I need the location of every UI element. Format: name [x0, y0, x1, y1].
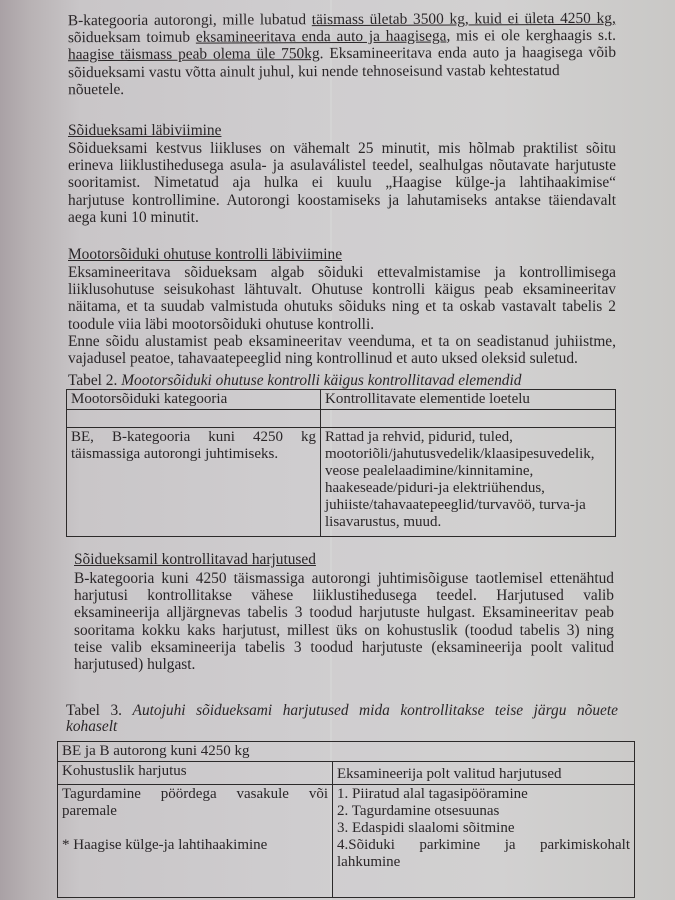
intro-paragraph: B-kategooria autorongi, mille lubatud tä…: [68, 10, 616, 98]
table-row: Tagurdamine pöördega vasakule või parema…: [58, 785, 635, 898]
list-item: 2. Tagurdamine otsesuunas: [337, 803, 630, 820]
text-line: teise valib eksamineerija tabelis 3 tood…: [74, 639, 614, 656]
text-line: aega kuni 10 minutit.: [68, 209, 616, 226]
section1-paragraph: Sõidueksami kestvus liikluses on vähemal…: [68, 140, 616, 226]
section-heading-safety-check: Mootorsõiduki ohutuse kontrolli läbiviim…: [68, 246, 342, 264]
text-line: erineva liiklustihedusega asula- ja asul…: [68, 157, 616, 174]
text-line: harjutuse kontrollimine. Autorongi koost…: [68, 192, 616, 209]
table3-caption: Tabel 3. Autojuhi sõidueksami harjutused…: [66, 703, 618, 735]
text-line: eksamineerija alljärgnevas tabelis 3 too…: [74, 604, 614, 621]
table-header-cell: Eksamineerija polt valitud harjutused: [333, 762, 635, 785]
list-item: 4.Sõiduki parkimine ja parkimiskohalt: [337, 837, 630, 854]
table-header-cell: Mootorsõiduki kategooria: [67, 390, 321, 410]
mandatory-exercise-cell: Tagurdamine pöördega vasakule või parema…: [58, 785, 333, 898]
text-line: näitama, et ta suudab valmistuda ohutuks…: [68, 298, 616, 315]
text-line: Enne sõidu alustamist peab eksamineerita…: [68, 333, 616, 350]
section-heading-exam-conduct: Sõidueksami läbiviimine: [68, 122, 221, 140]
table-title-cell: BE ja B autorong kuni 4250 kg: [58, 742, 635, 762]
table-header-cell: Kohustuslik harjutus: [58, 762, 333, 785]
text-line: Eksamineeritava sõidueksam algab sõiduki…: [68, 264, 616, 281]
list-item: 3. Edaspidi slaalomi sõitmine: [337, 820, 630, 837]
table-title-row: BE ja B autorong kuni 4250 kg: [58, 742, 635, 762]
table2-caption: Tabel 2. Mootorsõiduki ohutuse kontrolli…: [68, 372, 521, 390]
table-row: BE, B-kategooria kuni 4250 kg täismassig…: [67, 428, 616, 537]
intro-line: sõidueksami vastu võtta ainult juhul, ku…: [68, 61, 616, 81]
section2-paragraph: Eksamineeritava sõidueksam algab sõiduki…: [68, 264, 616, 367]
table-empty-row: [67, 410, 616, 428]
text-line: Sõidueksami kestvus liikluses on vähemal…: [68, 140, 616, 157]
text-line: toodule viia läbi mootorsõiduki ohutuse …: [68, 316, 616, 333]
section-heading-exercises: Sõidueksamil kontrollitavad harjutused: [74, 551, 316, 569]
text-line: sooritama kokku kaks harjutust, millest …: [74, 622, 614, 639]
text-line: harjutusi kontrollitakse vähese liiklust…: [74, 587, 614, 604]
list-item: 1. Piiratud alal tagasipööramine: [337, 786, 630, 803]
table-header-row: Kohustuslik harjutus Eksamineerija polt …: [58, 762, 635, 785]
text-line: B-kategooria kuni 4250 täismassiga autor…: [74, 570, 614, 587]
text-line: vajadusel peatoe, tahavaatepeeglid ning …: [68, 350, 616, 367]
table-header-cell: Kontrollitavate elementide loetelu: [321, 390, 616, 410]
table3-exercises: BE ja B autorong kuni 4250 kg Kohustusli…: [57, 741, 635, 898]
text-line: liiklusohutuse seisukohast lähtuvalt. Oh…: [68, 281, 616, 298]
table-header-row: Mootorsõiduki kategooria Kontrollitavate…: [67, 390, 616, 410]
selected-exercises-cell: 1. Piiratud alal tagasipööramine 2. Tagu…: [333, 785, 635, 898]
table2-safety-elements: Mootorsõiduki kategooria Kontrollitavate…: [66, 389, 616, 537]
category-cell: BE, B-kategooria kuni 4250 kg täismassig…: [67, 428, 321, 537]
text-line: sooritamist. Nimetatud aja hulka ei kuul…: [68, 174, 616, 191]
intro-line: nõuetele.: [68, 79, 616, 99]
text-line: harjutused) hulgast.: [74, 656, 614, 673]
elements-cell: Rattad ja rehvid, pidurid, tuled, mootor…: [321, 428, 616, 537]
section3-paragraph: B-kategooria kuni 4250 täismassiga autor…: [74, 570, 614, 673]
document-page: B-kategooria autorongi, mille lubatud tä…: [0, 0, 675, 900]
